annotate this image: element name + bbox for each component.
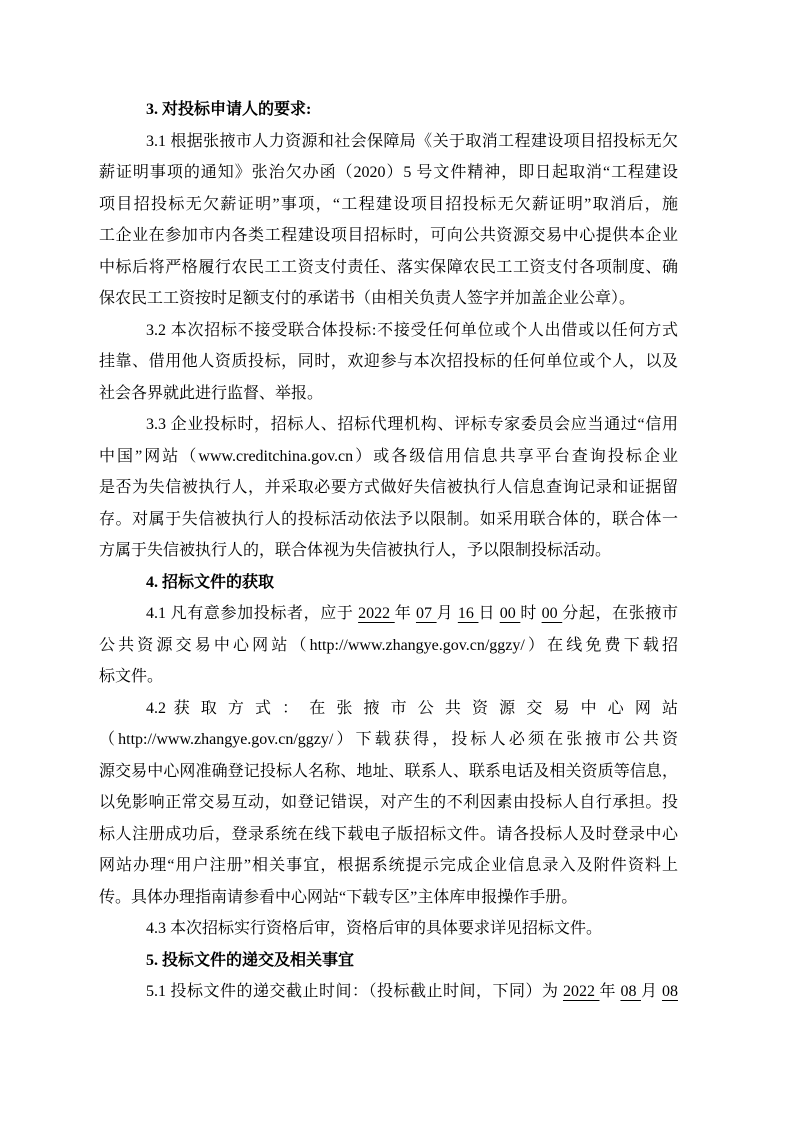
text-run: 3.3 企业投标时，招标人、招标代理机构、评标专家委员会应当通过“信用 bbox=[146, 416, 678, 433]
para-3-1-line-3: 项目招投标无欠薪证明”事项，“工程建设项目招投标无欠薪证明”取消后，施 bbox=[99, 189, 678, 221]
para-4-1-line-3: 标文件。 bbox=[99, 661, 678, 693]
underlined-value: 16 bbox=[458, 605, 479, 622]
text-run: 以免影响正常交易互动，如登记错误，对产生的不利因素由投标人自行承担。投 bbox=[99, 794, 678, 811]
underlined-value: 07 bbox=[416, 605, 437, 622]
text-run: 社会各界就此进行监督、举报。 bbox=[99, 385, 323, 402]
document-page: 3. 对投标申请人的要求:3.1 根据张掖市人力资源和社会保障局《关于取消工程建… bbox=[0, 0, 793, 1122]
underlined-value: 08 bbox=[620, 983, 641, 1000]
para-3-1-line-5: 中标后将严格履行农民工工资支付责任、落实保障农民工工资支付各项制度、确 bbox=[99, 252, 678, 284]
para-3-3-line-1: 3.3 企业投标时，招标人、招标代理机构、评标专家委员会应当通过“信用 bbox=[99, 409, 678, 441]
text-run: 4.1 凡有意参加投标者，应于 bbox=[146, 605, 358, 622]
para-4-2-line-2: （http://www.zhangye.gov.cn/ggzy/）下载获得，投标… bbox=[99, 724, 678, 756]
text-run: 挂靠、借用他人资质投标，同时，欢迎参与本次招投标的任何单位或个人，以及 bbox=[99, 353, 678, 370]
text-run: 3.1 根据张掖市人力资源和社会保障局《关于取消工程建设项目招投标无欠 bbox=[146, 133, 678, 150]
section-5-heading: 5. 投标文件的递交及相关事宜 bbox=[99, 945, 678, 977]
text-run: 5.1 投标文件的递交截止时间：（投标截止时间，下同）为 bbox=[146, 983, 563, 1000]
para-4-3-line-1: 4.3 本次招标实行资格后审，资格后审的具体要求详见招标文件。 bbox=[99, 913, 678, 945]
para-4-2-line-5: 标人注册成功后，登录系统在线下载电子版招标文件。请各投标人及时登录中心 bbox=[99, 819, 678, 851]
text-run: 公共资源交易中心网站（http://www.zhangye.gov.cn/ggz… bbox=[99, 637, 678, 654]
para-3-1-line-6: 保农民工工资按时足额支付的承诺书（由相关负责人签字并加盖企业公章）。 bbox=[99, 283, 678, 315]
text-run: 项目招投标无欠薪证明”事项，“工程建设项目招投标无欠薪证明”取消后，施 bbox=[99, 196, 678, 213]
text-run: 月 bbox=[437, 605, 458, 622]
underlined-value: 08 bbox=[662, 983, 678, 1000]
para-5-1-line-1: 5.1 投标文件的递交截止时间：（投标截止时间，下同）为 2022 年 08 月… bbox=[99, 976, 678, 1008]
text-run: 方属于失信被执行人的，联合体视为失信被执行人，予以限制投标活动。 bbox=[99, 542, 611, 559]
text-run: 年 bbox=[599, 983, 620, 1000]
text-run: 时 bbox=[520, 605, 541, 622]
text-run: 薪证明事项的通知》张治欠办函（2020）5 号文件精神，即日起取消“工程建设 bbox=[99, 164, 678, 181]
underlined-value: 00 bbox=[542, 605, 563, 622]
para-4-2-line-7: 传。具体办理指南请参看中心网站“下载专区”主体库申报操作手册。 bbox=[99, 882, 678, 914]
underlined-value: 2022 bbox=[358, 605, 395, 622]
document-text-block: 3. 对投标申请人的要求:3.1 根据张掖市人力资源和社会保障局《关于取消工程建… bbox=[99, 94, 678, 1008]
section-4-heading: 4. 招标文件的获取 bbox=[99, 567, 678, 599]
text-run: 标人注册成功后，登录系统在线下载电子版招标文件。请各投标人及时登录中心 bbox=[99, 826, 678, 843]
text-run: 存。对属于失信被执行人的投标活动依法予以限制。如采用联合体的，联合体一 bbox=[99, 511, 678, 528]
para-3-3-line-5: 方属于失信被执行人的，联合体视为失信被执行人，予以限制投标活动。 bbox=[99, 535, 678, 567]
text-run: 中标后将严格履行农民工工资支付责任、落实保障农民工工资支付各项制度、确 bbox=[99, 259, 678, 276]
text-run: 年 bbox=[395, 605, 416, 622]
underlined-value: 2022 bbox=[563, 983, 600, 1000]
text-run: 月 bbox=[641, 983, 662, 1000]
underlined-value: 00 bbox=[500, 605, 521, 622]
para-3-3-line-3: 是否为失信被执行人，并采取必要方式做好失信被执行人信息查询记录和证据留 bbox=[99, 472, 678, 504]
para-4-1-line-1: 4.1 凡有意参加投标者，应于 2022 年 07 月 16 日 00 时 00… bbox=[99, 598, 678, 630]
text-run: 中国”网站（www.creditchina.gov.cn）或各级信用信息共享平台… bbox=[99, 448, 678, 465]
text-run: 标文件。 bbox=[99, 668, 163, 685]
text-run: （http://www.zhangye.gov.cn/ggzy/）下载获得，投标… bbox=[99, 731, 678, 748]
para-3-2-line-3: 社会各界就此进行监督、举报。 bbox=[99, 378, 678, 410]
text-run: 保农民工工资按时足额支付的承诺书（由相关负责人签字并加盖企业公章）。 bbox=[99, 290, 635, 307]
para-3-1-line-2: 薪证明事项的通知》张治欠办函（2020）5 号文件精神，即日起取消“工程建设 bbox=[99, 157, 678, 189]
text-run: 4.3 本次招标实行资格后审，资格后审的具体要求详见招标文件。 bbox=[146, 920, 602, 937]
para-3-1-line-4: 工企业在参加市内各类工程建设项目招标时，可向公共资源交易中心提供本企业 bbox=[99, 220, 678, 252]
para-4-2-line-6: 网站办理“用户注册”相关事宜，根据系统提示完成企业信息录入及附件资料上 bbox=[99, 850, 678, 882]
para-4-2-line-4: 以免影响正常交易互动，如登记错误，对产生的不利因素由投标人自行承担。投 bbox=[99, 787, 678, 819]
text-run: 4. 招标文件的获取 bbox=[146, 574, 274, 591]
text-run: 4.2 获 取 方 式 ： 在 张 掖 市 公 共 资 源 交 易 中 心 网 … bbox=[146, 700, 678, 717]
text-run: 传。具体办理指南请参看中心网站“下载专区”主体库申报操作手册。 bbox=[99, 889, 577, 906]
text-run: 3. 对投标申请人的要求: bbox=[146, 101, 311, 118]
text-run: 是否为失信被执行人，并采取必要方式做好失信被执行人信息查询记录和证据留 bbox=[99, 479, 678, 496]
para-3-2-line-1: 3.2 本次招标不接受联合体投标:不接受任何单位或个人出借或以任何方式 bbox=[99, 315, 678, 347]
para-3-3-line-2: 中国”网站（www.creditchina.gov.cn）或各级信用信息共享平台… bbox=[99, 441, 678, 473]
para-4-2-line-1: 4.2 获 取 方 式 ： 在 张 掖 市 公 共 资 源 交 易 中 心 网 … bbox=[99, 693, 678, 725]
text-run: 日 bbox=[478, 605, 499, 622]
para-3-1-line-1: 3.1 根据张掖市人力资源和社会保障局《关于取消工程建设项目招投标无欠 bbox=[99, 126, 678, 158]
para-3-3-line-4: 存。对属于失信被执行人的投标活动依法予以限制。如采用联合体的，联合体一 bbox=[99, 504, 678, 536]
text-run: 3.2 本次招标不接受联合体投标:不接受任何单位或个人出借或以任何方式 bbox=[146, 322, 678, 339]
para-3-2-line-2: 挂靠、借用他人资质投标，同时，欢迎参与本次招投标的任何单位或个人，以及 bbox=[99, 346, 678, 378]
text-run: 源交易中心网准确登记投标人名称、地址、联系人、联系电话及相关资质等信息， bbox=[99, 763, 678, 780]
text-run: 网站办理“用户注册”相关事宜，根据系统提示完成企业信息录入及附件资料上 bbox=[99, 857, 678, 874]
section-3-heading: 3. 对投标申请人的要求: bbox=[99, 94, 678, 126]
para-4-1-line-2: 公共资源交易中心网站（http://www.zhangye.gov.cn/ggz… bbox=[99, 630, 678, 662]
text-run: 5. 投标文件的递交及相关事宜 bbox=[146, 952, 354, 969]
text-run: 工企业在参加市内各类工程建设项目招标时，可向公共资源交易中心提供本企业 bbox=[99, 227, 678, 244]
para-4-2-line-3: 源交易中心网准确登记投标人名称、地址、联系人、联系电话及相关资质等信息， bbox=[99, 756, 678, 788]
text-run: 分起，在张掖市 bbox=[562, 605, 678, 622]
